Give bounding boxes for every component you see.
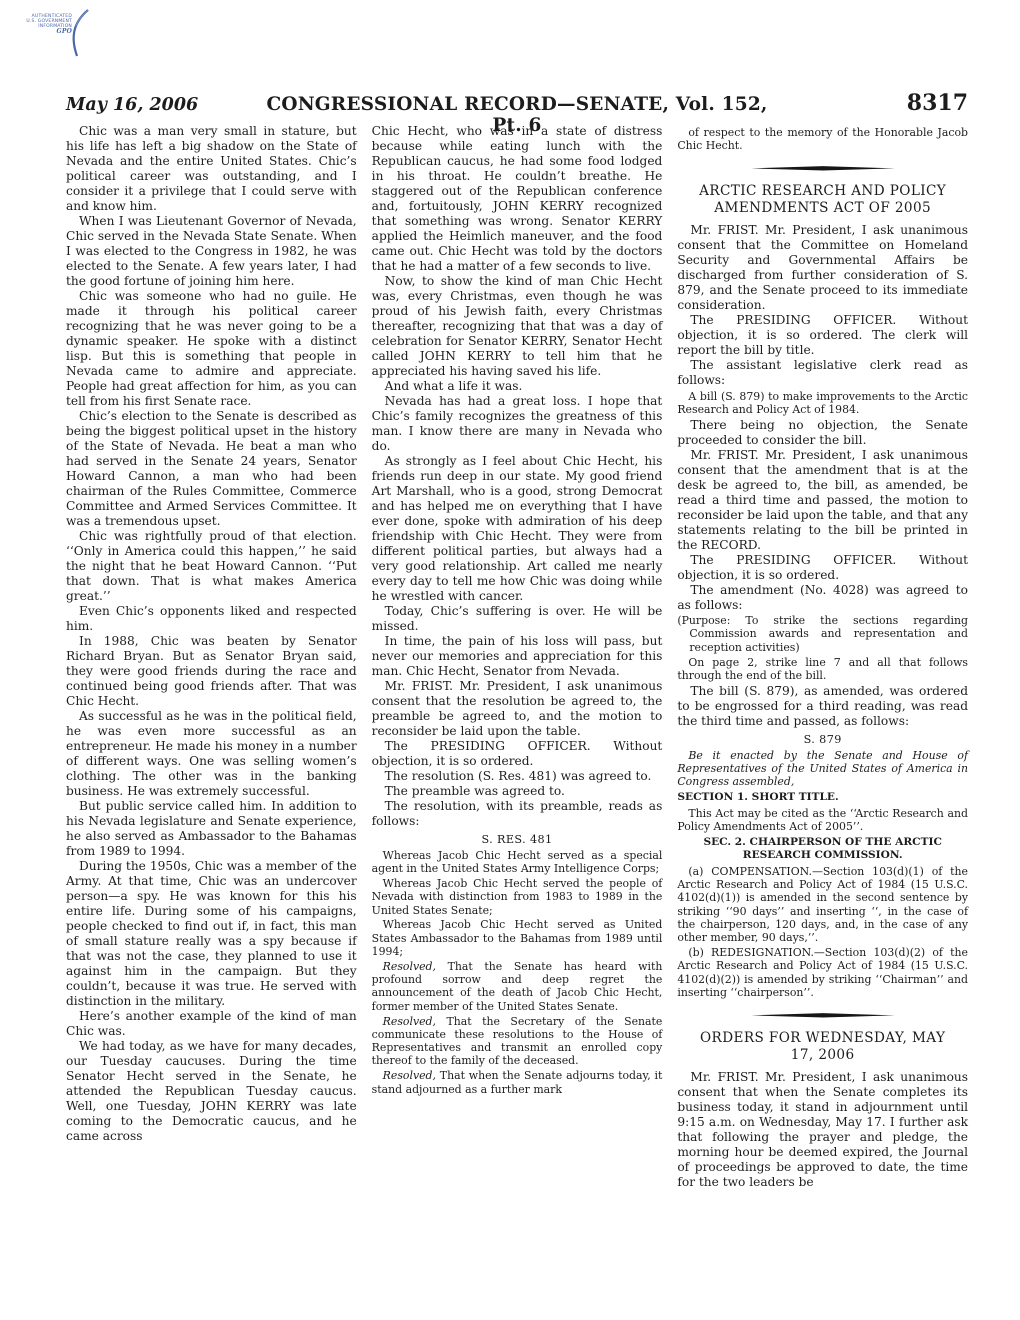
paragraph: The bill (S. 879), as amended, was order…	[677, 684, 968, 729]
bill-text-paragraph: On page 2, strike line 7 and all that fo…	[677, 656, 968, 683]
text-columns: Chic was a man very small in stature, bu…	[66, 124, 968, 1190]
paragraph: The resolution (S. Res. 481) was agreed …	[372, 769, 663, 784]
divider-rule-icon	[748, 1012, 898, 1019]
paragraph: In 1988, Chic was beaten by Senator Rich…	[66, 634, 357, 709]
paragraph: Chic was a man very small in stature, bu…	[66, 124, 357, 214]
paragraph: And what a life it was.	[372, 379, 663, 394]
congressional-record-page: AUTHENTICATED U.S. GOVERNMENT INFORMATIO…	[0, 0, 1020, 1320]
paragraph: The PRESIDING OFFICER. Without objection…	[677, 313, 968, 358]
paragraph: Even Chic’s opponents liked and respecte…	[66, 604, 357, 634]
bill-text-paragraph: of respect to the memory of the Honorabl…	[677, 126, 968, 153]
resolved-lead: Resolved,	[383, 960, 436, 973]
bill-text-paragraph: This Act may be cited as the ‘‘Arctic Re…	[677, 807, 968, 834]
paragraph: Mr. FRIST. Mr. President, I ask unanimou…	[677, 1070, 968, 1190]
seal-swoosh-icon	[66, 8, 92, 60]
paragraph: Mr. FRIST. Mr. President, I ask unanimou…	[677, 223, 968, 313]
column-1: Chic was a man very small in stature, bu…	[66, 124, 357, 1190]
issue-date: May 16, 2006	[66, 95, 261, 115]
article-heading: ORDERS FOR WEDNESDAY, MAY 17, 2006	[691, 1030, 954, 1064]
seal-gpo-label: GPO	[14, 29, 72, 34]
paragraph: But public service called him. In additi…	[66, 799, 357, 859]
column-2: Chic Hecht, who was in a state of distre…	[372, 124, 663, 1190]
section-divider	[677, 165, 968, 172]
paragraph: As strongly as I feel about Chic Hecht, …	[372, 454, 663, 604]
paragraph: When I was Lieutenant Governor of Nevada…	[66, 214, 357, 289]
column-3: of respect to the memory of the Honorabl…	[677, 124, 968, 1190]
page-number: 8317	[773, 90, 968, 116]
resolved-clause: Resolved, That the Secretary of the Sena…	[372, 1015, 663, 1068]
paragraph: Today, Chic’s suffering is over. He will…	[372, 604, 663, 634]
paragraph: Chic was someone who had no guile. He ma…	[66, 289, 357, 409]
resolved-clause: Resolved, That when the Senate adjourns …	[372, 1069, 663, 1096]
gpo-authenticated-seal: AUTHENTICATED U.S. GOVERNMENT INFORMATIO…	[14, 8, 92, 60]
paragraph: The resolution, with its preamble, reads…	[372, 799, 663, 829]
paragraph: Chic Hecht, who was in a state of distre…	[372, 124, 663, 274]
bill-text-paragraph: Whereas Jacob Chic Hecht served as a spe…	[372, 849, 663, 876]
paragraph: As successful as he was in the political…	[66, 709, 357, 799]
article-heading: ARCTIC RESEARCH AND POLICY AMENDMENTS AC…	[691, 183, 954, 217]
paragraph: The PRESIDING OFFICER. Without objection…	[372, 739, 663, 769]
bill-citation: S. RES. 481	[372, 833, 663, 846]
bill-text-paragraph: A bill (S. 879) to make improvements to …	[677, 390, 968, 417]
paragraph: Mr. FRIST. Mr. President, I ask unanimou…	[372, 679, 663, 739]
seal-text: AUTHENTICATED U.S. GOVERNMENT INFORMATIO…	[14, 14, 72, 34]
paragraph: There being no objection, the Senate pro…	[677, 418, 968, 448]
paragraph: Now, to show the kind of man Chic Hecht …	[372, 274, 663, 379]
amendment-purpose: (Purpose: To strike the sections regardi…	[677, 614, 968, 654]
paragraph: The preamble was agreed to.	[372, 784, 663, 799]
resolved-lead: Resolved,	[383, 1069, 436, 1082]
bill-text-paragraph: (a) COMPENSATION.—Section 103(d)(1) of t…	[677, 865, 968, 945]
paragraph: The assistant legislative clerk read as …	[677, 358, 968, 388]
bill-text-paragraph: Whereas Jacob Chic Hecht served as Unite…	[372, 918, 663, 958]
paragraph: Nevada has had a great loss. I hope that…	[372, 394, 663, 454]
paragraph: Chic was rightfully proud of that electi…	[66, 529, 357, 604]
paragraph: The PRESIDING OFFICER. Without objection…	[677, 553, 968, 583]
paragraph: The amendment (No. 4028) was agreed to a…	[677, 583, 968, 613]
enacting-clause: Be it enacted by the Senate and House of…	[677, 749, 968, 789]
paragraph: Here’s another example of the kind of ma…	[66, 1009, 357, 1039]
paragraph: In time, the pain of his loss will pass,…	[372, 634, 663, 679]
bill-citation: S. 879	[677, 733, 968, 746]
resolved-clause: Resolved, That the Senate has heard with…	[372, 960, 663, 1013]
paragraph: Mr. FRIST. Mr. President, I ask unanimou…	[677, 448, 968, 553]
paragraph: During the 1950s, Chic was a member of t…	[66, 859, 357, 1009]
resolved-lead: Resolved,	[383, 1015, 436, 1028]
bill-section-heading: SEC. 2. CHAIRPERSON OF THE ARCTIC RESEAR…	[683, 836, 962, 862]
paragraph: Chic’s election to the Senate is describ…	[66, 409, 357, 529]
bill-section-heading: SECTION 1. SHORT TITLE.	[677, 791, 968, 804]
divider-rule-icon	[748, 165, 898, 172]
bill-text-paragraph: (b) REDESIGNATION.—Section 103(d)(2) of …	[677, 946, 968, 999]
paragraph: We had today, as we have for many decade…	[66, 1039, 357, 1144]
bill-text-paragraph: Whereas Jacob Chic Hecht served the peop…	[372, 877, 663, 917]
section-divider	[677, 1012, 968, 1019]
